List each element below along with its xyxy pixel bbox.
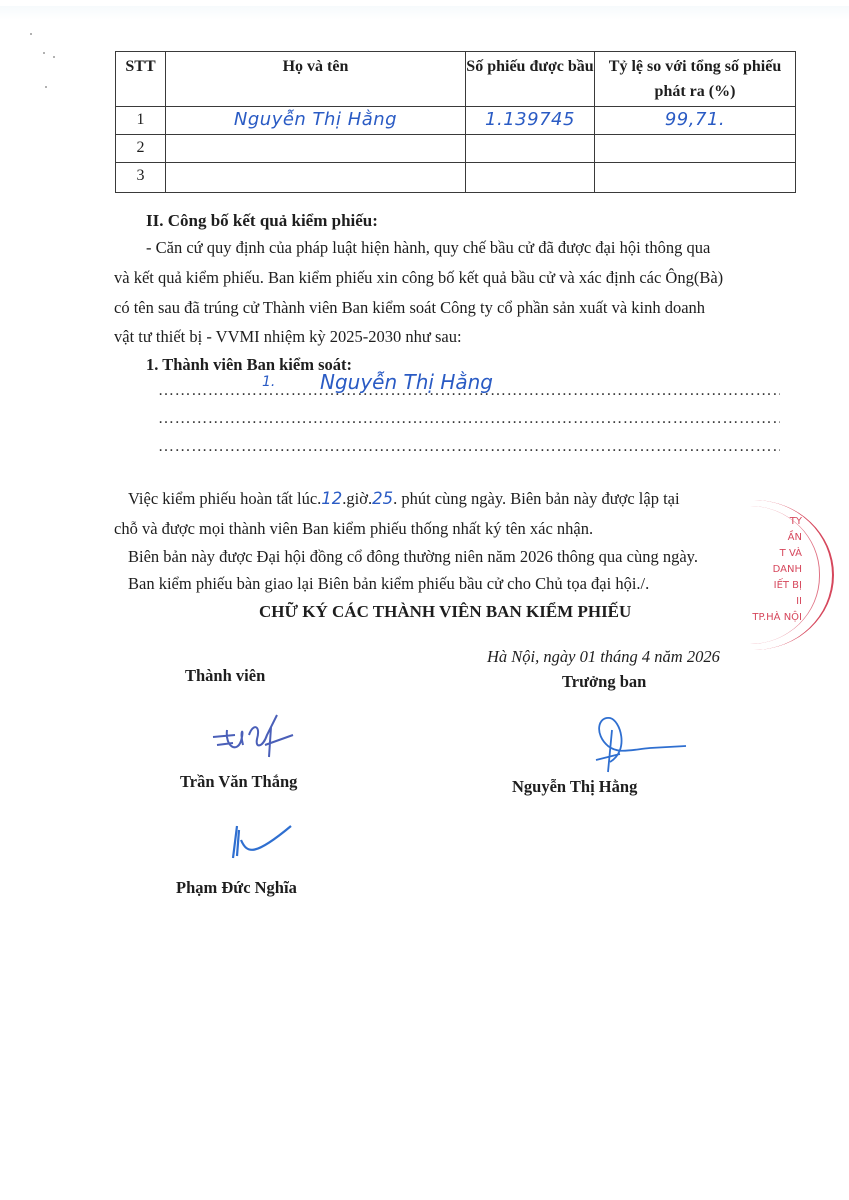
paragraph-line: và kết quả kiểm phiếu. Ban kiểm phiếu xi… xyxy=(114,268,723,288)
header-name: Họ và tên xyxy=(166,52,466,107)
signatures-title: CHỮ KÝ CÁC THÀNH VIÊN BAN KIỂM PHIẾU xyxy=(259,602,631,622)
cell-votes xyxy=(466,163,595,193)
table-row: 2 xyxy=(116,135,796,163)
cell-percentage xyxy=(595,135,796,163)
completion-mid: .giờ. xyxy=(342,489,372,508)
cell-votes xyxy=(466,135,595,163)
scan-speck xyxy=(45,86,47,88)
cell-name xyxy=(166,163,466,193)
elected-index: 1. xyxy=(262,374,275,390)
elected-name: Nguyễn Thị Hằng xyxy=(320,370,493,394)
head-name: Nguyễn Thị Hằng xyxy=(512,777,637,797)
completion-line: Việc kiểm phiếu hoàn tất lúc.12.giờ.25. … xyxy=(128,489,680,509)
signature-nguyen-thi-hang xyxy=(590,710,700,780)
paragraph-line: - Căn cứ quy định của pháp luật hiện hàn… xyxy=(146,238,710,258)
dotted-line: …………………………………………………………………………………………………………… xyxy=(158,438,780,456)
table-row: 3 xyxy=(116,163,796,193)
cell-votes: 1.139745 xyxy=(466,107,595,135)
member-name: Trần Văn Thắng xyxy=(180,772,297,792)
stamp-text: TY ẦN T VÀ DANH IẾT BỊ II TP.HÀ NỘI xyxy=(752,514,802,626)
head-role-label: Trưởng ban xyxy=(562,672,646,692)
table-row: 1 Nguyễn Thị Hằng 1.139745 99,71. xyxy=(116,107,796,135)
completion-hour: 12 xyxy=(321,489,342,508)
header-votes: Số phiếu được bầu xyxy=(466,52,595,107)
completion-suffix: . phút cùng ngày. Biên bản này được lập … xyxy=(393,489,680,508)
signature-tran-van-thang xyxy=(205,705,315,765)
completion-minute: 25 xyxy=(372,489,393,508)
member-name: Phạm Đức Nghĩa xyxy=(176,878,297,898)
cell-stt: 2 xyxy=(116,135,166,163)
cell-name: Nguyễn Thị Hằng xyxy=(166,107,466,135)
scan-edge xyxy=(0,6,849,20)
header-stt: STT xyxy=(116,52,166,107)
place-date: Hà Nội, ngày 01 tháng 4 năm 2026 xyxy=(487,647,720,667)
company-seal-stamp: TY ẦN T VÀ DANH IẾT BỊ II TP.HÀ NỘI xyxy=(712,500,834,650)
scan-speck xyxy=(30,33,32,35)
scan-speck xyxy=(43,52,45,54)
cell-percentage: 99,71. xyxy=(595,107,796,135)
section-heading: II. Công bố kết quả kiểm phiếu: xyxy=(146,211,378,231)
cell-percentage xyxy=(595,163,796,193)
completion-line-2: chỗ và được mọi thành viên Ban kiểm phiế… xyxy=(114,519,593,539)
dotted-line: …………………………………………………………………………………………………………… xyxy=(158,410,780,428)
header-percentage: Tỷ lệ so với tổng số phiếu phát ra (%) xyxy=(595,52,796,107)
cell-name xyxy=(166,135,466,163)
paragraph-line: vật tư thiết bị - VVMI nhiệm kỳ 2025-203… xyxy=(114,327,462,347)
vote-results-table: STT Họ và tên Số phiếu được bầu Tỷ lệ so… xyxy=(115,51,796,193)
completion-line-3: Biên bản này được Đại hội đồng cổ đông t… xyxy=(128,547,698,567)
completion-line-4: Ban kiểm phiếu bàn giao lại Biên bản kiể… xyxy=(128,574,649,594)
cell-stt: 1 xyxy=(116,107,166,135)
paragraph-line: có tên sau đã trúng cử Thành viên Ban ki… xyxy=(114,298,705,318)
member-role-label: Thành viên xyxy=(185,666,265,686)
cell-stt: 3 xyxy=(116,163,166,193)
signature-pham-duc-nghia xyxy=(225,818,305,863)
scan-speck xyxy=(53,56,55,58)
completion-prefix: Việc kiểm phiếu hoàn tất lúc. xyxy=(128,489,321,508)
table-header-row: STT Họ và tên Số phiếu được bầu Tỷ lệ so… xyxy=(116,52,796,107)
